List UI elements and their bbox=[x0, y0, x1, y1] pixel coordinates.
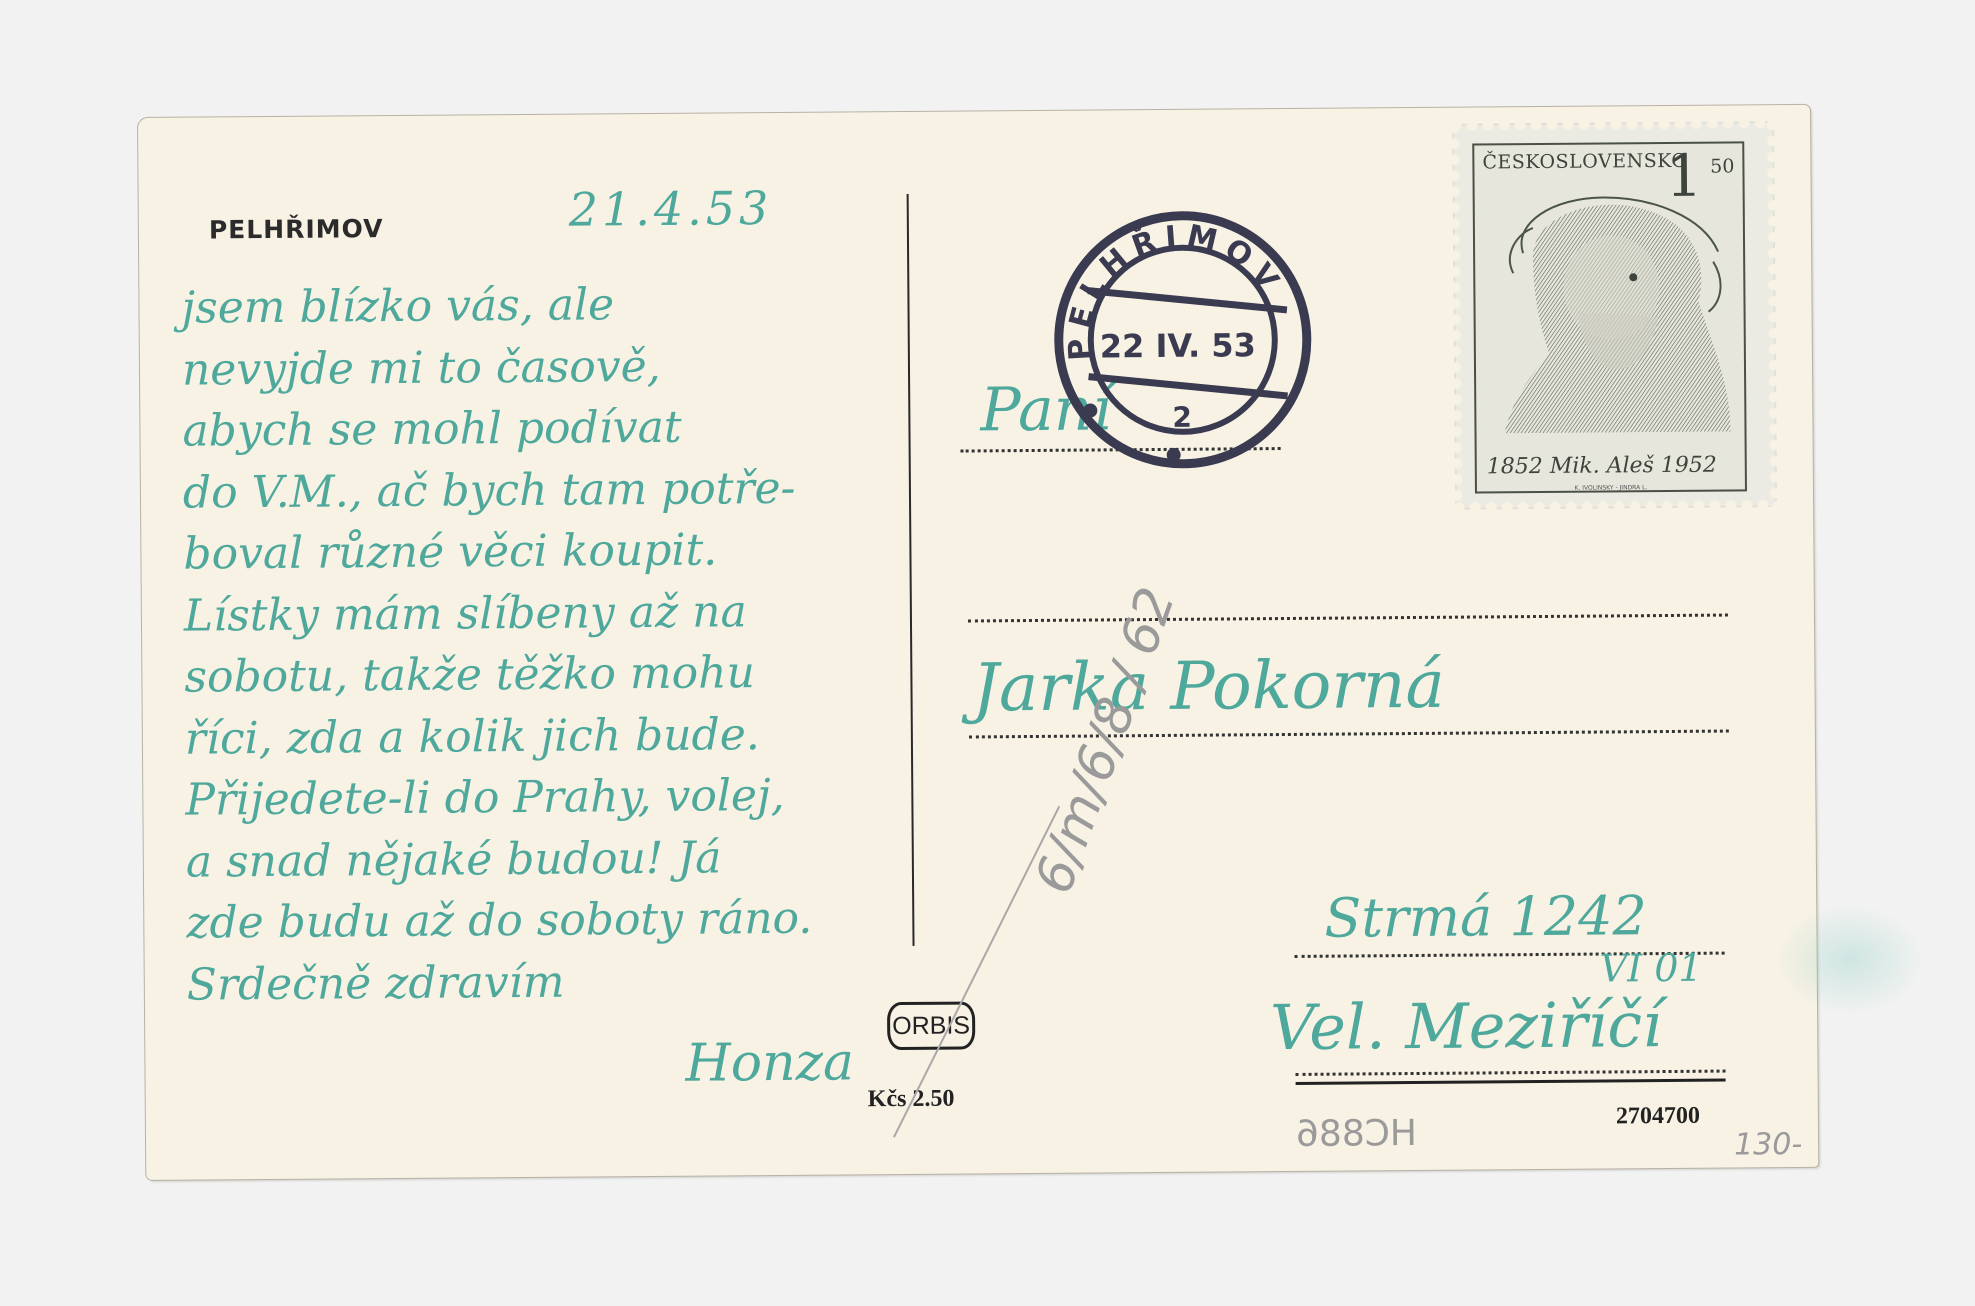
postmark-icon: PELHŘIMOV 22 IV. 53 2 bbox=[1047, 204, 1319, 476]
address-city: Vel. Meziříčí bbox=[1270, 988, 1662, 1064]
address-line-2 bbox=[968, 614, 1728, 623]
address-city-note: VI 01 bbox=[1600, 946, 1703, 991]
postmark-office: 2 bbox=[1172, 401, 1192, 434]
message-line: říci, zda a kolik jich bude. bbox=[185, 703, 885, 770]
signature: Honza bbox=[685, 1032, 854, 1093]
message-line: boval různé věci koupit. bbox=[183, 518, 883, 585]
portrait-engraving-icon bbox=[1493, 192, 1731, 434]
publisher-logo: ORBIS bbox=[887, 1001, 975, 1050]
serial-number: 2704700 bbox=[1616, 1103, 1700, 1131]
postmark-date: 22 IV. 53 bbox=[1100, 326, 1256, 365]
postcard: PELHŘIMOV 21.4.53 jsem blízko vás, alene… bbox=[138, 105, 1818, 1180]
handwritten-date: 21.4.53 bbox=[569, 181, 773, 237]
message-line: sobotu, takže těžko mohu bbox=[184, 641, 884, 708]
pencil-note-diagonal: 6/m/6/8 / 62 bbox=[1024, 580, 1187, 901]
address-name: Jarka Pokorná bbox=[972, 646, 1445, 727]
pencil-slash bbox=[893, 806, 1060, 1138]
message-line: a snad nějaké budou! Já bbox=[186, 826, 886, 893]
pencil-note-inventory: HC886 bbox=[1296, 1113, 1417, 1155]
handwritten-message: jsem blízko vás, alenevyjde mi to časově… bbox=[181, 272, 887, 1015]
address-street: Strmá 1242 bbox=[1324, 884, 1647, 950]
address-underline bbox=[1296, 1079, 1726, 1085]
message-line: abych se mohl podívat bbox=[182, 395, 882, 462]
stamp-frame: ČESKOSLOVENSKO 1 50 1852 Mik. Aleš 1952 … bbox=[1472, 141, 1747, 493]
divider-line bbox=[907, 194, 915, 946]
message-line: zde budu až do soboty ráno. bbox=[186, 887, 886, 954]
message-line: Lístky mám slíbeny až na bbox=[184, 580, 884, 647]
message-line: jsem blízko vás, ale bbox=[181, 272, 881, 339]
ink-stain bbox=[1774, 904, 1925, 1015]
stamp-country: ČESKOSLOVENSKO bbox=[1482, 150, 1687, 174]
stamp-caption: 1852 Mik. Aleš 1952 bbox=[1487, 453, 1717, 480]
place-title: PELHŘIMOV bbox=[209, 214, 384, 244]
message-line: Srdečně zdravím bbox=[187, 949, 887, 1016]
message-line: do V.M., ač bych tam potře- bbox=[183, 457, 883, 524]
message-line: Přijedete-li do Prahy, volej, bbox=[185, 764, 885, 831]
stamp-value-minor: 50 bbox=[1710, 155, 1734, 177]
address-line-5 bbox=[1296, 1070, 1726, 1076]
pencil-note-price: 130- bbox=[1734, 1127, 1802, 1163]
message-line: nevyjde mi to časově, bbox=[182, 334, 882, 401]
stamp-printer: K. IVOLINSKY - JINDRA L. bbox=[1477, 483, 1745, 492]
